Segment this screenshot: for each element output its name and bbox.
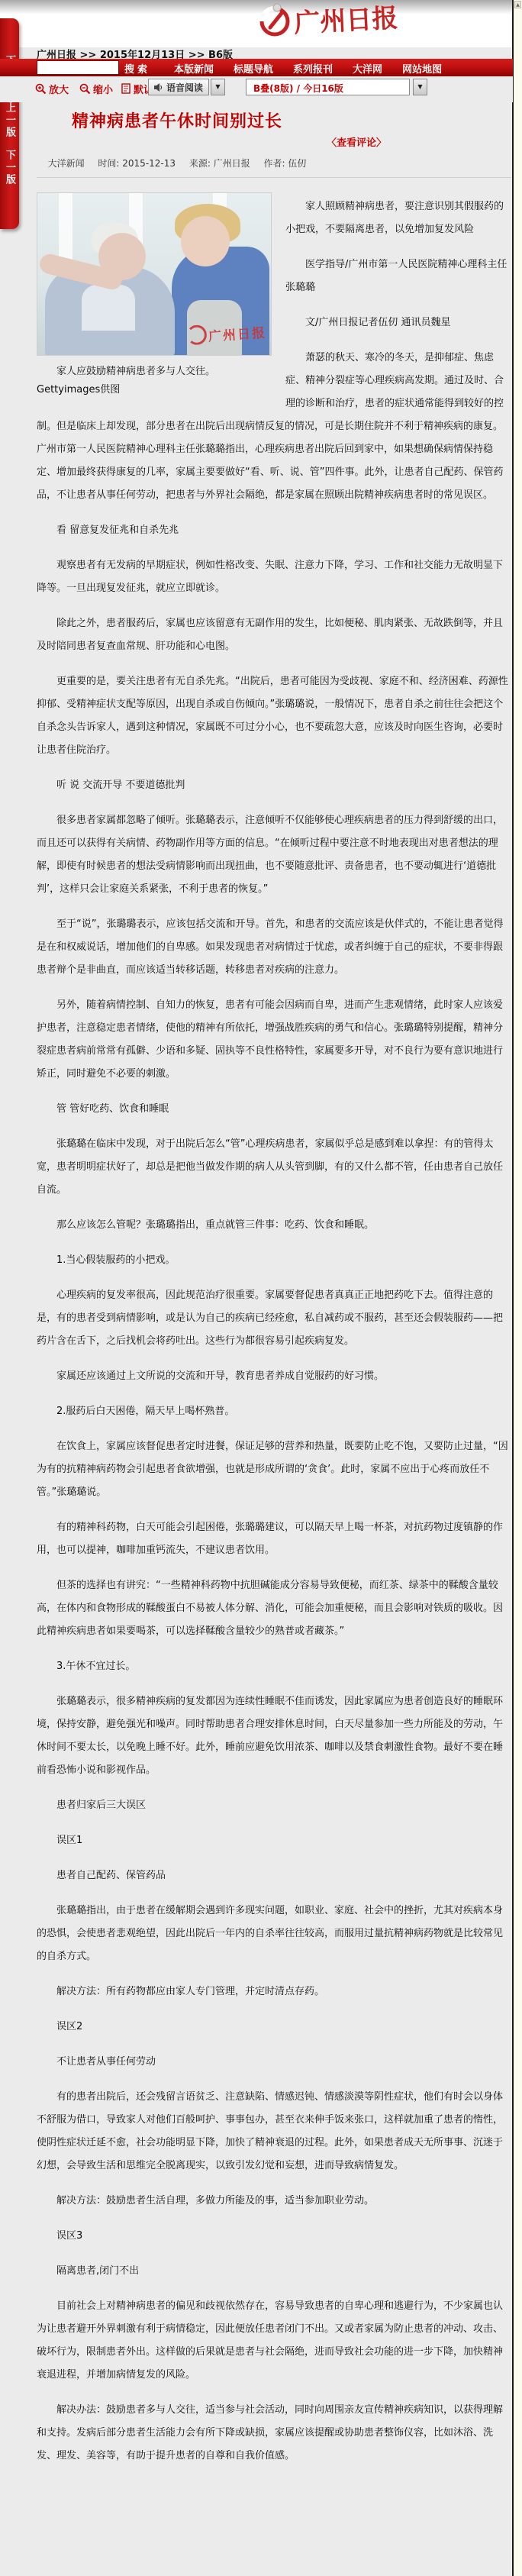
byline-origin: 来源: 广州日报	[189, 158, 250, 169]
article-paragraph: 目前社会上对精神病患者的偏见和歧视依然存在，容易导致患者的自卑心理和逃避行为，不…	[37, 2295, 511, 2387]
voice-dropdown-button[interactable]: ▼	[211, 79, 225, 95]
article-paragraph: 张璐璐表示，很多精神疾病的复发都因为连续性睡眠不佳而诱发，因此家属应为患者创造良…	[37, 1690, 511, 1782]
article-body: 广州日报 家人应鼓励精神病患者多与人交往。 Gettyimages供图 家人照顾…	[37, 183, 511, 2480]
byline-divider	[37, 177, 511, 178]
article-paragraph: 2.服药后白天困倦，隔天早上喝杯熟普。	[37, 1400, 511, 1423]
logo-text: 广州日报	[293, 3, 398, 39]
article-paragraph: 1.当心假装服药的小把戏。	[37, 1249, 511, 1272]
previous-edition-link[interactable]: 上一版	[2, 102, 17, 139]
article-paragraph: 家属还应该通过上文所说的交流和开导，教育患者养成自觉服药的好习惯。	[37, 1365, 511, 1388]
byline-author: 作者: 伍仞	[264, 158, 307, 169]
article-paragraph: 除此之外，患者服药后，家属也应该留意有无副作用的发生，比如便秘、肌肉紧张、无故跌…	[37, 612, 511, 658]
nav-link-sitemap[interactable]: 网站地图	[402, 61, 442, 76]
nav-link-series[interactable]: 系列报刊	[293, 61, 333, 76]
article-paragraph: 有的患者出院后，还会残留言语贫乏、注意缺陷、情感迟钝、情感淡漠等阴性症状，他们有…	[37, 2086, 511, 2177]
watermark-swirl-icon	[186, 324, 208, 346]
article-paragraph: 患者自己配药、保管药品	[37, 1864, 511, 1887]
magnifier-minus-icon	[79, 83, 91, 95]
article-paragraphs: 家人照顾精神病患者，要注意识别其假服药的小把戏，不要隔离患者，以免增加复发风险医…	[37, 195, 511, 2468]
voice-read-button[interactable]: 语音阅读	[148, 79, 209, 95]
article-paragraph: 另外，随着病情控制、自知力的恢复，患者有可能会因病而自卑，进而产生悲观情绪，此时…	[37, 994, 511, 1086]
photo-credit: Gettyimages供图	[37, 382, 275, 399]
zoom-in-label: 放大	[49, 82, 69, 96]
nav-link-title-nav[interactable]: 标题导航	[234, 61, 273, 76]
main-navbar: 搜索 本版新闻 标题导航 系列报刊 大洋网 网站地图	[0, 59, 513, 76]
article-paragraph: 张璐璐指出，由于患者在缓解期会遇到许多现实问题，如职业、家庭、社会中的挫折，尤其…	[37, 1900, 511, 1968]
nav-links: 本版新闻 标题导航 系列报刊 大洋网 网站地图	[174, 61, 442, 76]
nav-link-page-news[interactable]: 本版新闻	[174, 61, 214, 76]
edition-select-value: B叠(8版) / 今日16版	[253, 82, 343, 95]
next-edition-link[interactable]: 下一版	[2, 150, 17, 186]
article-paragraph: 解决办法：鼓励患者多与人交往，适当参与社会活动，同时向周围亲友宣传精神疾病知识，…	[37, 2399, 511, 2468]
article-paragraph: 不让患者从事任何劳动	[37, 2051, 511, 2074]
article-paragraph: 解决方法：鼓励患者生活自理，多做力所能及的事，适当参加职业劳动。	[37, 2190, 511, 2213]
photo-caption: 家人应鼓励精神病患者多与人交往。	[37, 362, 275, 382]
article-paragraph: 更重要的是，要关注患者有无自杀先兆。“出院后，患者可能因为受歧视、家庭不和、经济…	[37, 670, 511, 762]
article-paragraph: 隔离患者,闭门不出	[37, 2260, 511, 2283]
page-scrollbar[interactable]: ▲	[514, 0, 522, 2576]
masthead-band: 广州日报	[0, 0, 513, 47]
article-paragraph: 在饮食上，家属应该督促患者定时进餐，保证足够的营养和热量，既要防止吃不饱，又要防…	[37, 1435, 511, 1504]
view-comments-link[interactable]: 〈查看评论〉	[327, 134, 386, 149]
voice-read-label: 语音阅读	[166, 81, 203, 94]
byline-source: 大洋新闻	[48, 158, 85, 169]
article-paragraph: 那么应该怎么管呢？张璐璐指出，重点就管三件事：吃药、饮食和睡眠。	[37, 1214, 511, 1237]
article-paragraph: 误区3	[37, 2225, 511, 2248]
article-paragraph: 误区2	[37, 2016, 511, 2039]
article-paragraph: 张璐璐在临床中发现，对于出院后怎么“管”心理疾病患者，家属似乎总是感到难以拿捏：…	[37, 1133, 511, 1202]
article-figure: 广州日报 家人应鼓励精神病患者多与人交往。 Gettyimages供图	[37, 192, 275, 399]
nav-link-dayoo[interactable]: 大洋网	[353, 61, 382, 76]
article-paragraph: 但茶的选择也有讲究：“一些精神科药物中抗胆碱能成分容易导致便秘，而红茶、绿茶中的…	[37, 1574, 511, 1643]
article-paragraph: 3.午休不宜过长。	[37, 1655, 511, 1678]
article-paragraph: 患者归家后三大误区	[37, 1794, 511, 1817]
zoom-in-button[interactable]: 放大	[35, 82, 69, 96]
page-title: 精神病患者午休时间别过长	[72, 112, 282, 131]
newspaper-article-page: 广州日报 ▲ 下一篇 上一版 下一版 广州日报 >> 2015年12月13日 >…	[0, 0, 522, 2576]
search-input[interactable]	[37, 60, 119, 75]
logo-swirl-icon: 广州日报	[252, 2, 443, 46]
side-navigation-tab: 下一篇 上一版 下一版	[0, 18, 19, 229]
article-paragraph: 误区1	[37, 1829, 511, 1852]
document-icon	[121, 83, 131, 95]
guangzhou-daily-logo: 广州日报	[252, 2, 443, 46]
article-paragraph: 心理疾病的复发率很高，因此规范治疗很重要。家属要督促患者真真正正地把药吃下去。值…	[37, 1284, 511, 1353]
article-paragraph: 听 说 交流开导 不要道德批判	[37, 774, 511, 797]
article-paragraph: 至于“说”，张璐璐表示，应该包括交流和开导。首先，和患者的交流应该是伙伴式的，不…	[37, 913, 511, 982]
byline-time: 时间: 2015-12-13	[98, 158, 176, 169]
edition-select[interactable]: B叠(8版) / 今日16版	[246, 79, 410, 95]
speaker-icon	[153, 82, 163, 92]
scroll-up-icon[interactable]: ▲	[514, 1, 521, 8]
article-toolbar: 放大 缩小 默认 语音阅读 ▼ B叠(8版) / 今日	[0, 76, 513, 102]
zoom-out-button[interactable]: 缩小	[79, 82, 113, 96]
zoom-out-label: 缩小	[93, 82, 113, 96]
search-button[interactable]: 搜索	[124, 61, 150, 76]
magnifier-plus-icon	[35, 83, 47, 95]
article-photo: 广州日报	[37, 192, 272, 356]
article-paragraph: 解决方法：所有药物都应由家人专门管理，并定时清点存药。	[37, 1980, 511, 2003]
article-paragraph: 观察患者有无发病的早期症状，例如性格改变、失眠、注意力下降，学习、工作和社交能力…	[37, 554, 511, 600]
article-paragraph: 有的精神科药物，白天可能会引起困倦，张璐璐建议，可以隔天早上喝一杯茶，对抗药物过…	[37, 1516, 511, 1562]
edition-dropdown-button[interactable]: ▼	[413, 79, 427, 95]
article-paragraph: 很多患者家属都忽略了倾听。张璐璐表示，注意倾听不仅能够使心理疾病患者的压力得到舒…	[37, 809, 511, 901]
article-paragraph: 管 管好吃药、饮食和睡眠	[37, 1098, 511, 1121]
article-paragraph: 看 留意复发征兆和自杀先兆	[37, 519, 511, 542]
byline: 大洋新闻 时间: 2015-12-13 来源: 广州日报 作者: 伍仞	[37, 157, 317, 169]
